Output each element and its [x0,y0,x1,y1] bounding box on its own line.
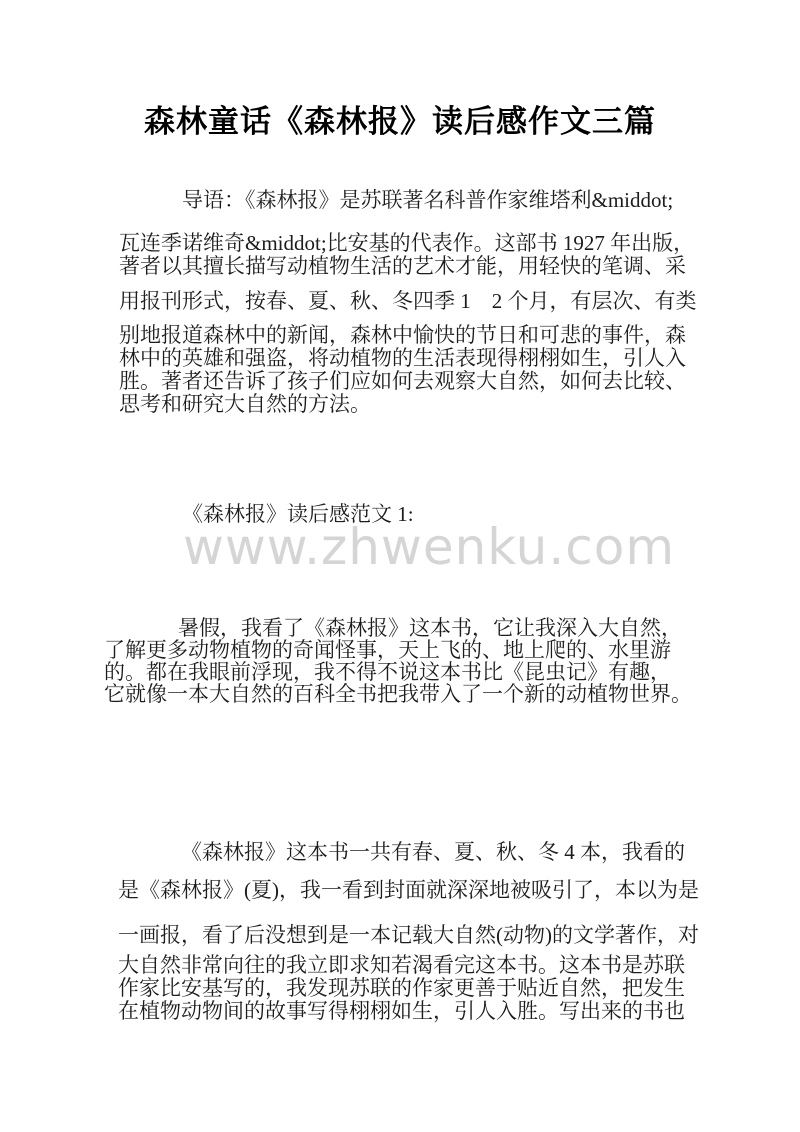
text-line: 大自然非常向往的我立即求知若渴看完这本书。这本书是苏联 [118,954,683,977]
text-line: 了解更多动物植物的奇闻怪事，天上飞的、地上爬的、水里游 [104,639,714,661]
watermark-text: www.zhwenku.com [183,522,675,572]
text-line: 瓦连季诺维奇&middot;比安基的代表作。这部书 1927 年出版， [119,232,680,255]
paragraph-essay1-part2: 《森林报》这本书一共有春、夏、秋、冬 4 本，我看的是《森林报》(夏)，我一看到… [118,841,683,1023]
paragraph-intro: 导语：《森林报》是苏联著名科普作家维塔利&middot;瓦连季诺维奇&middo… [119,189,680,416]
text-line: 暑假，我看了《森林报》这本书，它让我深入大自然， [104,617,714,639]
text-line: 林中的英雄和强盗，将动植物的生活表现得栩栩如生，引人入 [119,347,680,370]
text-line: 思考和研究大自然的方法。 [119,393,680,416]
text-line: 的。都在我眼前浮现，我不得不说这本书比《昆虫记》有趣， [104,661,714,683]
text-line: 《森林报》这本书一共有春、夏、秋、冬 4 本，我看的 [118,841,683,864]
paragraph-essay1-part1: 暑假，我看了《森林报》这本书，它让我深入大自然，了解更多动物植物的奇闻怪事，天上… [104,617,714,705]
text-line: 著者以其擅长描写动植物生活的艺术才能，用轻快的笔调、采 [119,255,680,278]
text-line: 一画报，看了后没想到是一本记载大自然(动物)的文学著作，对 [118,924,683,947]
text-line: 它就像一本大自然的百科全书把我带入了一个新的动植物世界。 [104,683,714,705]
document-page: 森林童话《森林报》读后感作文三篇 导语：《森林报》是苏联著名科普作家维塔利&mi… [0,0,800,1132]
text-line: 是《森林报》(夏)，我一看到封面就深深地被吸引了，本以为是 [118,879,683,902]
text-line: 作家比安基写的，我发现苏联的作家更善于贴近自然，把发生 [118,977,683,1000]
text-line: 在植物动物间的故事写得栩栩如生，引人入胜。写出来的书也 [118,1000,683,1023]
page-title: 森林童话《森林报》读后感作文三篇 [0,96,800,141]
text-line: 用报刊形式，按春、夏、秋、冬四季 1 2 个月，有层次、有类 [119,290,680,313]
text-line: 别地报道森林中的新闻，森林中愉快的节日和可悲的事件，森 [119,324,680,347]
text-line: 导语：《森林报》是苏联著名科普作家维塔利&middot; [119,189,680,212]
text-line: 胜。著者还告诉了孩子们应如何去观察大自然，如何去比较、 [119,370,680,393]
